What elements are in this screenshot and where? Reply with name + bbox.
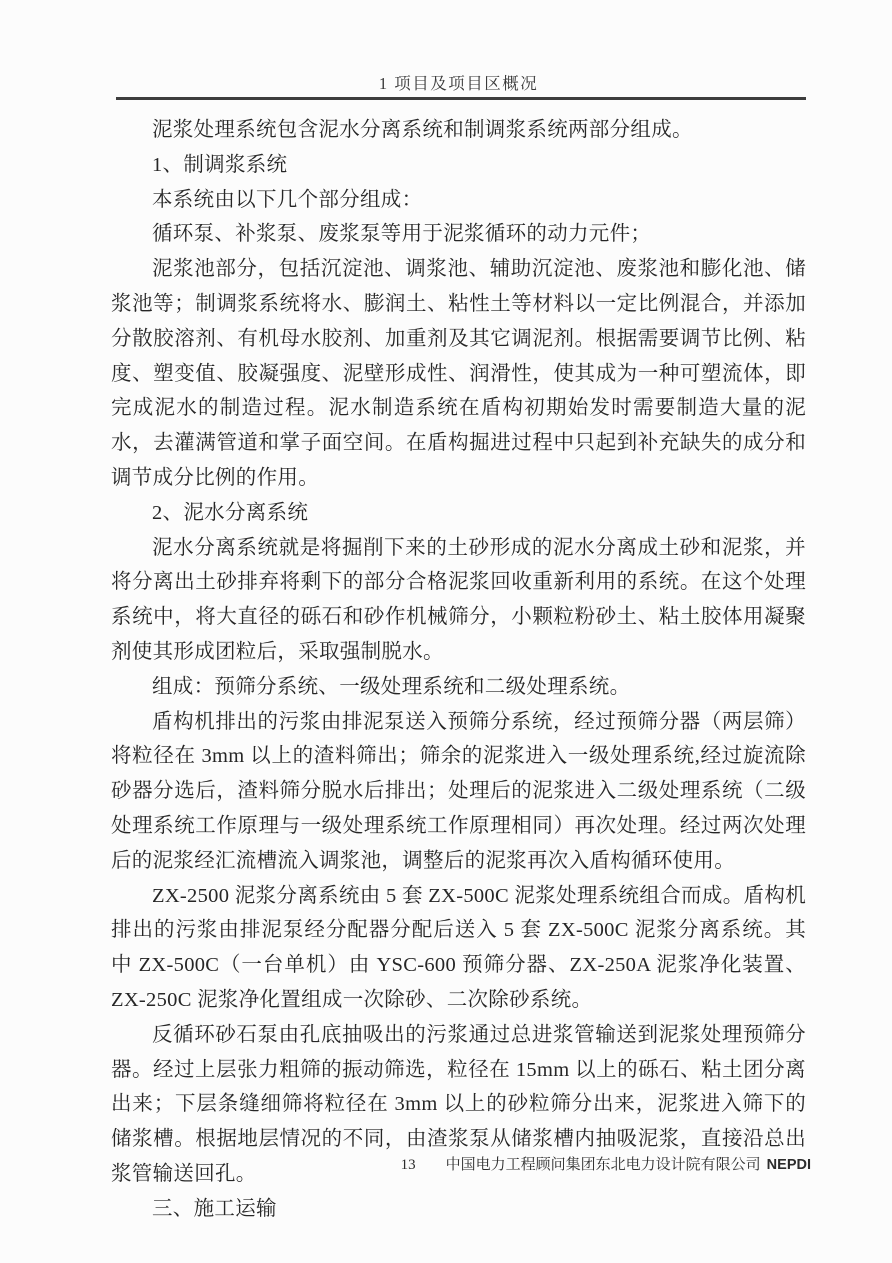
paragraph: 循环泵、补浆泵、废浆泵等用于泥浆循环的动力元件； bbox=[111, 217, 806, 252]
document-body: 泥浆处理系统包含泥水分离系统和制调浆系统两部分组成。 1、制调浆系统 本系统由以… bbox=[111, 113, 806, 1227]
paragraph-heading: 1、制调浆系统 bbox=[111, 148, 806, 183]
header-rule bbox=[116, 97, 806, 100]
document-page: 1 项目及项目区概况 泥浆处理系统包含泥水分离系统和制调浆系统两部分组成。 1、… bbox=[0, 0, 892, 1263]
paragraph: ZX-2500 泥浆分离系统由 5 套 ZX-500C 泥浆处理系统组合而成。盾… bbox=[111, 879, 806, 1018]
footer-company-name: 中国电力工程顾问集团东北电力设计院有限公司 bbox=[446, 1157, 761, 1173]
page-footer: 13 中国电力工程顾问集团东北电力设计院有限公司NEPDI bbox=[0, 1155, 892, 1175]
paragraph: 组成：预筛分系统、一级处理系统和二级处理系统。 bbox=[111, 670, 806, 705]
paragraph: 泥浆池部分，包括沉淀池、调浆池、辅助沉淀池、废浆池和膨化池、储浆池等；制调浆系统… bbox=[111, 252, 806, 496]
paragraph: 本系统由以下几个部分组成： bbox=[111, 183, 806, 218]
paragraph-heading: 三、施工运输 bbox=[111, 1192, 806, 1227]
page-number: 13 bbox=[401, 1155, 416, 1175]
paragraph: 泥浆处理系统包含泥水分离系统和制调浆系统两部分组成。 bbox=[111, 113, 806, 148]
footer-company: 中国电力工程顾问集团东北电力设计院有限公司NEPDI bbox=[446, 1155, 811, 1175]
paragraph: 泥水分离系统就是将掘削下来的土砂形成的泥水分离成土砂和泥浆，并将分离出土砂排弃将… bbox=[111, 531, 806, 670]
footer-company-abbr: NEPDI bbox=[767, 1157, 811, 1173]
paragraph-heading: 2、泥水分离系统 bbox=[111, 496, 806, 531]
paragraph: 盾构机排出的污浆由排泥泵送入预筛分系统，经过预筛分器（两层筛）将粒径在 3mm … bbox=[111, 705, 806, 879]
header-title: 1 项目及项目区概况 bbox=[111, 74, 806, 94]
